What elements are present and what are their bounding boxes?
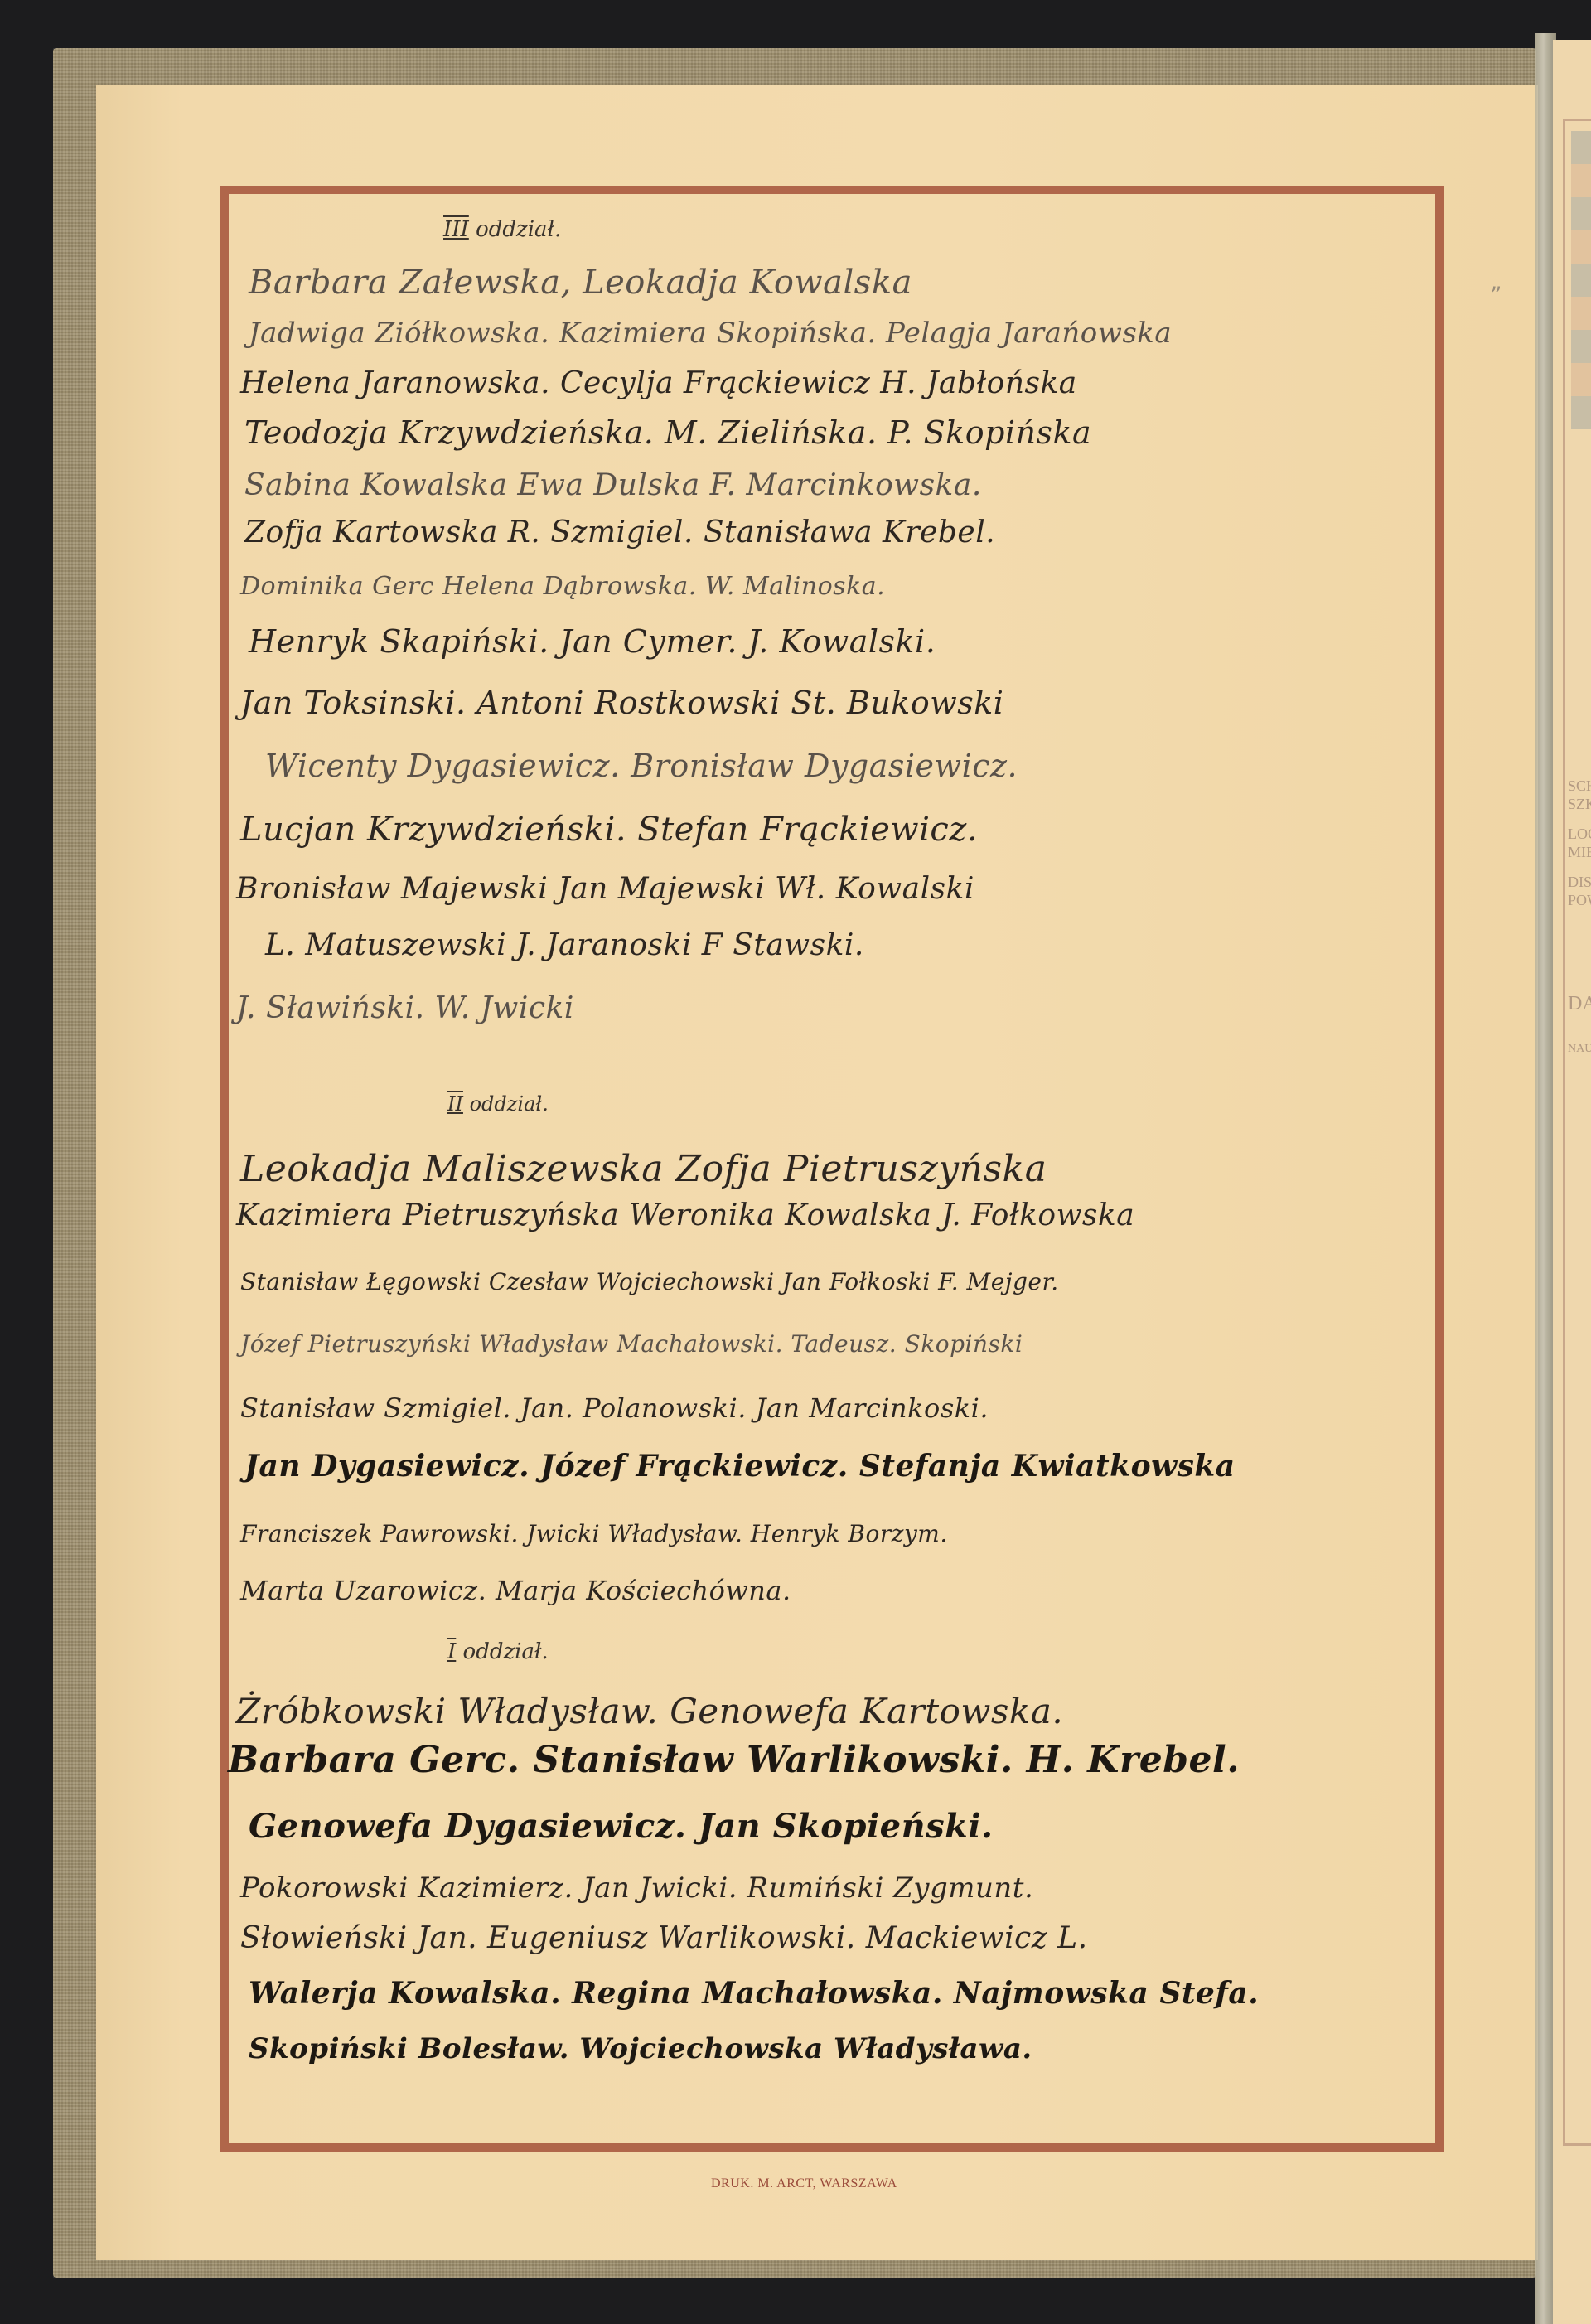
adjacent-right-page: SCHO SZKO LOCA MIE DIST POW DATA NAUCZY xyxy=(1553,40,1591,2324)
adjacent-fragment: POW xyxy=(1568,892,1591,909)
roster-line: Helena Jaranowska. Cecylja Frąckiewicz H… xyxy=(240,366,1077,400)
roster-line: Leokadja Maliszewska Zofja Pietruszyńska xyxy=(240,1148,1047,1190)
roster-line: Wicenty Dygasiewicz. Bronisław Dygasiewi… xyxy=(265,748,1018,784)
roster-line: Marta Uzarowicz. Marja Kościechówna. xyxy=(240,1575,791,1606)
roster-line: Barbara Załewska, Leokadja Kowalska xyxy=(249,264,912,302)
roster-line: L. Matuszewski J. Jaranoski F Stawski. xyxy=(265,928,864,962)
section-word: oddział. xyxy=(476,217,561,242)
roster-line: Walerja Kowalska. Regina Machałowska. Na… xyxy=(249,1976,1259,2011)
section-numeral: I xyxy=(447,1639,456,1664)
section-word: oddział. xyxy=(470,1092,549,1116)
printer-imprint-text: DRUK. M. ARCT, WARSZAWA xyxy=(711,2176,897,2191)
adjacent-fragment: DATA xyxy=(1568,993,1591,1015)
adjacent-fragment: MIE xyxy=(1568,844,1591,861)
roster-line: Kazimiera Pietruszyńska Weronika Kowalsk… xyxy=(236,1198,1134,1232)
adjacent-fragment: SCHO xyxy=(1568,777,1591,795)
roster-line: Jan Toksinski. Antoni Rostkowski St. Buk… xyxy=(240,685,1003,721)
roster-line: Franciszek Pawrowski. Jwicki Władysław. … xyxy=(240,1520,948,1547)
roster-line: Dominika Gerc Helena Dąbrowska. W. Malin… xyxy=(240,572,885,601)
section-heading-I: I oddział. xyxy=(447,1639,549,1664)
adjacent-fragment: LOCA xyxy=(1568,826,1591,843)
roster-line: Teodozja Krzywdzieńska. M. Zielińska. P.… xyxy=(244,414,1091,451)
roster-line: Barbara Gerc. Stanisław Warlikowski. H. … xyxy=(228,1739,1240,1781)
roster-line: Henryk Skapiński. Jan Cymer. J. Kowalski… xyxy=(249,623,936,660)
adjacent-fragment: DIST xyxy=(1568,874,1591,891)
adjacent-fragment: NAUCZY xyxy=(1568,1043,1591,1056)
roster-line: Sabina Kowalska Ewa Dulska F. Marcinkows… xyxy=(244,468,982,502)
roster-line: Zofja Kartowska R. Szmigiel. Stanisława … xyxy=(244,516,995,550)
roster-line: Genowefa Dygasiewicz. Jan Skopieński. xyxy=(249,1807,994,1846)
roster-line: Jadwiga Ziółkowska. Kazimiera Skopińska.… xyxy=(249,317,1172,350)
roster-line: Słowieński Jan. Eugeniusz Warlikowski. M… xyxy=(240,1921,1088,1955)
roster-line: Józef Pietruszyński Władysław Machałowsk… xyxy=(240,1330,1023,1358)
section-heading-II: II oddział. xyxy=(447,1092,549,1116)
roster-line: Stanisław Szmigiel. Jan. Polanowski. Jan… xyxy=(240,1392,989,1424)
section-numeral: II xyxy=(447,1092,463,1116)
roster-line: Bronisław Majewski Jan Majewski Wł. Kowa… xyxy=(236,872,974,906)
adjacent-page-ornament xyxy=(1571,131,1591,429)
roster-line: Lucjan Krzywdzieński. Stefan Frąckiewicz… xyxy=(240,811,978,849)
adjacent-fragment: SZKO xyxy=(1568,796,1591,813)
roster-line: Stanisław Łęgowski Czesław Wojciechowski… xyxy=(240,1268,1059,1295)
roster-line: Jan Dygasiewicz. Józef Frąckiewicz. Stef… xyxy=(244,1449,1236,1484)
roster-line: Skopiński Bolesław. Wojciechowska Władys… xyxy=(249,2032,1032,2065)
roster-line: Żróbkowski Władysław. Genowefa Kartowska… xyxy=(236,1691,1063,1731)
roster-line: Pokorowski Kazimierz. Jan Jwicki. Rumińs… xyxy=(240,1871,1033,1905)
margin-mark: ” xyxy=(1490,282,1502,309)
section-word: oddział. xyxy=(463,1639,549,1664)
section-numeral: III xyxy=(443,217,469,242)
roster-line: J. Sławiński. W. Jwicki xyxy=(236,991,574,1025)
section-heading-III: III oddział. xyxy=(443,217,561,242)
